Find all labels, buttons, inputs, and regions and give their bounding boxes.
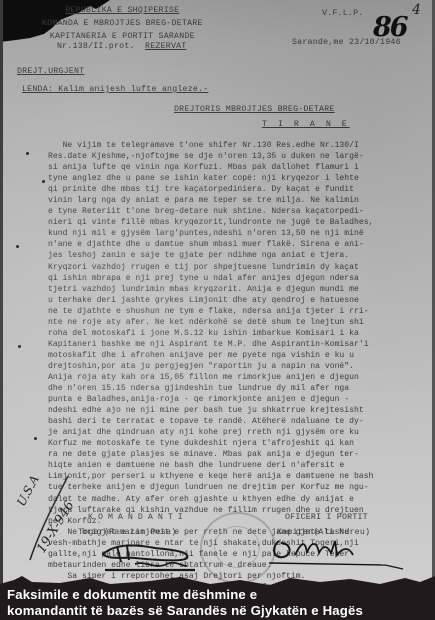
addressee-department: DREJTORIS MBROJTJES BREG-DETARE bbox=[174, 105, 335, 114]
body-line: si anija lufte qe vinin nga Korfuzi. Mba… bbox=[48, 162, 432, 173]
punch-hole bbox=[34, 437, 37, 440]
body-line: u terhake deri jashte grykes Limjonit dh… bbox=[48, 295, 432, 306]
body-line: jes leshoj zanin e saje te gjate per ndi… bbox=[48, 250, 432, 261]
subject: LENDA: Kalim anijesh lufte angleze.- bbox=[22, 85, 208, 94]
body-line: bashi deri te terratat e topave te randë… bbox=[48, 416, 432, 427]
body-line: Korfuz me motoskafe te tyne dukdeshit nj… bbox=[48, 438, 432, 449]
signature-title-right: OFICERI I PORTIT bbox=[285, 513, 368, 522]
body-line: qi prinite dhe mbas tij tre kaçatorpedin… bbox=[48, 184, 432, 195]
body-line: tue terheke anijen e djegun lundruen ne … bbox=[48, 482, 432, 493]
body-line: Anija roja aty kah ora 15,05 fillon me r… bbox=[48, 372, 432, 383]
body-line: e tyne Reteriit t'one breg-detare nuk sh… bbox=[48, 206, 432, 217]
body-line: ndeshi edhe ajo ne nji mine per bash tue… bbox=[48, 405, 432, 416]
body-line: tjetri vazhdoj lundrimin mbas kryqzorit.… bbox=[48, 284, 432, 295]
addressee-city: T I R A N E bbox=[262, 120, 350, 129]
body-line: ra ne dete gjate plasjes se minave. Mbas… bbox=[48, 449, 432, 460]
handwritten-number: 86 bbox=[373, 12, 407, 43]
letterhead-line: KAPITANERIA E PORTIT SARANDE bbox=[50, 32, 195, 41]
body-line: punta e Baladhes,anija-roja - qe rimorkj… bbox=[48, 394, 432, 405]
body-line: nieri qi vinte fillë mbas kryqezorit,lun… bbox=[48, 217, 432, 228]
signature-left bbox=[95, 536, 205, 576]
handwritten-page: 4 bbox=[412, 2, 421, 18]
body-line: tyne anglez dhe u pane se ishin kater co… bbox=[48, 173, 432, 184]
page-edge-left bbox=[0, 0, 3, 585]
body-line: Limjonit,por perseri u kthyene e keqe he… bbox=[48, 471, 432, 482]
body-line: ne te djathte e shushun ne tym e flake, … bbox=[48, 306, 432, 317]
letterhead-line: REPUBLIKA E SHQIPERISE bbox=[65, 6, 179, 15]
punch-hole bbox=[42, 180, 45, 183]
torn-bottom-edge bbox=[0, 572, 435, 585]
body-line: motoskafit dhe i afrohen anijave per me … bbox=[48, 350, 432, 361]
body-line: nte ne roje aty afer. Ne ket ndërkohë se… bbox=[48, 317, 432, 328]
body-line: dhe n'oren 15.15 ndersa gjindeshin tue l… bbox=[48, 383, 432, 394]
signature-right bbox=[265, 533, 405, 573]
letterhead-line: KOMANDA E MBROJTJES BREG-DETARE bbox=[42, 19, 203, 28]
classification: REZERVAT bbox=[145, 42, 186, 51]
caption-line-1: Faksimile e dokumentit me dëshmine e bbox=[7, 587, 435, 603]
body-line: kund nji mil e gjysëm larg'puntes,ndeshi… bbox=[48, 228, 432, 239]
reference-number: Nr.138/II.prot. bbox=[57, 42, 135, 51]
body-line: drejtoshin,por ata ju pergjegjen "raport… bbox=[48, 361, 432, 372]
header-code: V.F.L.P. bbox=[322, 9, 363, 18]
recipient: DREJT.URGJENT bbox=[17, 67, 84, 76]
body-line: hiqte anien e damtuene ne bash dhe lundr… bbox=[48, 460, 432, 471]
body-line: dalet te madhe. Aty afer oreh gjashte u … bbox=[48, 494, 432, 505]
scanned-document: REPUBLIKA E SHQIPERISE KOMANDA E MBROJTJ… bbox=[0, 0, 435, 585]
body-line: qi ishin mbrapa e nji prej tyne u ndal a… bbox=[48, 273, 432, 284]
body-line: vinin larg nga dy aniat e para me teper … bbox=[48, 195, 432, 206]
letterhead: REPUBLIKA E SHQIPERISE KOMANDA E MBROJTJ… bbox=[42, 4, 203, 43]
body-line: n'ane e djathte dhe u damtue shum mbasi … bbox=[48, 239, 432, 250]
reference-line: Nr.138/II.prot. REZERVAT bbox=[57, 42, 186, 51]
body-line: je anijat dhe qindruan aty nji kohe prej… bbox=[48, 427, 432, 438]
body-line: Res.date Kjeshme,-njoftojme se dje n'ore… bbox=[48, 151, 432, 162]
body-line: roha del motoskafi i jone M.S.12 ku ishi… bbox=[48, 328, 432, 339]
image-caption: Faksimile e dokumentit me dëshmine e kom… bbox=[0, 585, 435, 620]
body-line: Kapitaneri bashke me nji Aspirant te M.P… bbox=[48, 339, 432, 350]
body-line: Ne vijim te telegramave t'one shifer Nr.… bbox=[48, 140, 432, 151]
punch-hole bbox=[26, 152, 29, 155]
caption-line-2: komandantit të bazës së Sarandës në Gjyk… bbox=[7, 603, 435, 619]
body-line: Kryqzori vazhdoj rrugen e tij por shpejt… bbox=[48, 262, 432, 273]
punch-hole bbox=[18, 345, 21, 348]
punch-hole bbox=[16, 245, 19, 248]
signature-title-left: KOMANDANTI bbox=[88, 513, 188, 522]
